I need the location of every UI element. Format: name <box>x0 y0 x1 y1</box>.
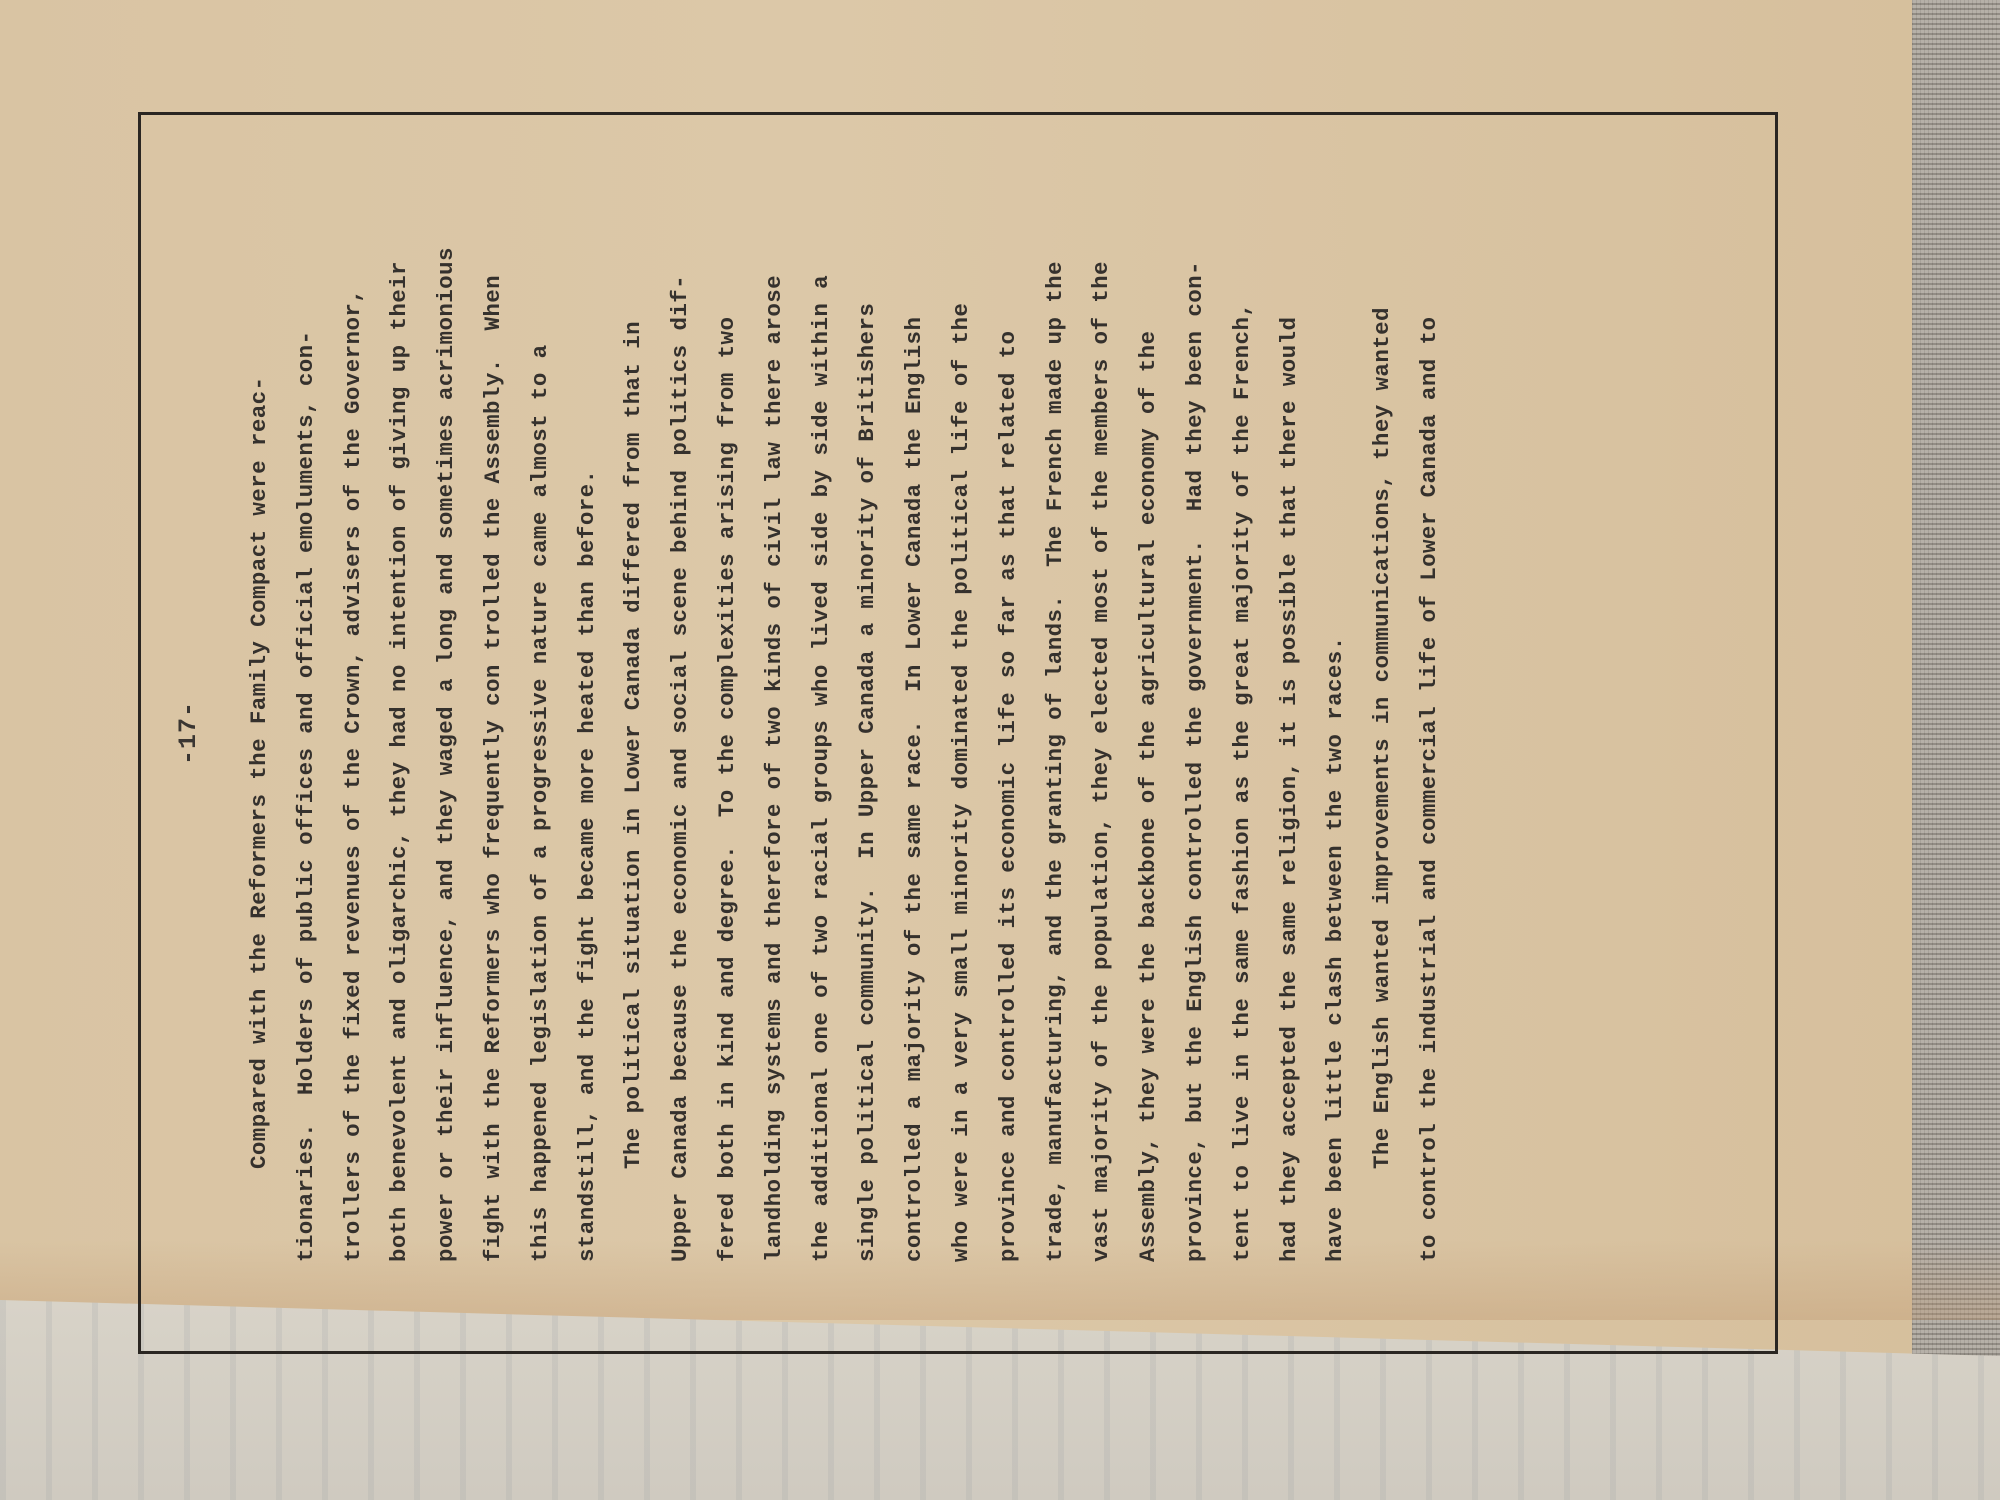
text-line: the additional one of two racial groups … <box>798 202 845 1262</box>
typewritten-page: -17- Compared with the Reformers the Fam… <box>138 112 1778 1354</box>
text-line: Upper Canada because the economic and so… <box>657 202 704 1262</box>
text-line: controlled a majority of the same race. … <box>891 202 938 1262</box>
text-line: fered both in kind and degree. To the co… <box>704 202 751 1262</box>
paragraph: Compared with the Reformers the Family C… <box>236 202 610 1262</box>
text-line: who were in a very small minority domina… <box>938 202 985 1262</box>
text-line: fight with the Reformers who frequently … <box>470 202 517 1262</box>
text-line: single political community. In Upper Can… <box>844 202 891 1262</box>
text-line: tionaries. Holders of public offices and… <box>283 202 330 1262</box>
paragraph: The political situation in Lower Canada … <box>610 202 1359 1262</box>
text-line: this happened legislation of a progressi… <box>517 202 564 1262</box>
page-body: Compared with the Reformers the Family C… <box>236 202 1453 1262</box>
text-line: had they accepted the same religion, it … <box>1266 202 1313 1262</box>
text-line: vast majority of the population, they el… <box>1078 202 1125 1262</box>
fabric-background <box>1912 0 2000 1390</box>
text-line: landholding systems and therefore of two… <box>751 202 798 1262</box>
text-line: province and controlled its economic lif… <box>985 202 1032 1262</box>
text-line: province, but the English controlled the… <box>1172 202 1219 1262</box>
text-line: power or their influence, and they waged… <box>423 202 470 1262</box>
text-line: The political situation in Lower Canada … <box>610 202 657 1262</box>
text-line: trade, manufacturing, and the granting o… <box>1032 202 1079 1262</box>
paragraph: The English wanted improvements in commu… <box>1359 202 1453 1262</box>
text-line: both benevolent and oligarchic, they had… <box>376 202 423 1262</box>
text-line: trollers of the fixed revenues of the Cr… <box>330 202 377 1262</box>
photo-scene: -17- Compared with the Reformers the Fam… <box>0 0 2000 1500</box>
text-line: Assembly, they were the backbone of the … <box>1125 202 1172 1262</box>
text-line: have been little clash between the two r… <box>1312 202 1359 1262</box>
text-line: tent to live in the same fashion as the … <box>1219 202 1266 1262</box>
text-line: The English wanted improvements in commu… <box>1359 202 1406 1262</box>
text-line: standstill, and the fight became more he… <box>564 202 611 1262</box>
text-line: to control the industrial and commercial… <box>1406 202 1453 1262</box>
page-number: -17- <box>174 112 203 1354</box>
text-line: Compared with the Reformers the Family C… <box>236 202 283 1262</box>
